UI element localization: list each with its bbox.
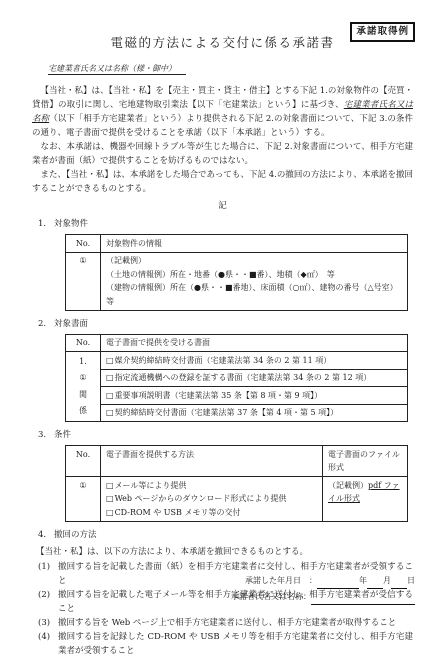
addressee-name-field: 宅建業者氏名又は名称（様・御中） xyxy=(48,64,186,75)
checkbox-icon[interactable]: □ xyxy=(106,494,114,503)
col-header-property-info: 対象物件の情報 xyxy=(101,235,408,253)
document-option-cell: □指定流通機構への登録を証する書面（宅建業法第 34 条の 2 第 12 項） xyxy=(101,369,408,387)
addressee-line: 宅建業者氏名又は名称（様・御中） xyxy=(48,62,413,76)
checkbox-icon[interactable]: □ xyxy=(106,391,114,400)
col-header-no: No. xyxy=(66,446,101,477)
section2-heading: 2.対象書面 xyxy=(38,317,413,331)
intro-paragraph-2: なお、本承諾は、機器や回線トラブル等が生じた場合に、下記 2.対象書面について、… xyxy=(32,140,413,168)
table-header-row: No. 電子書面を提供する方法 電子書面のファイル形式 xyxy=(66,446,408,477)
group-label-cell: 1. ① 関 係 xyxy=(66,352,101,422)
document-option-cell: □契約締結時交付書面（宅建業法第 37 条【第 4 項・第 5 項】） xyxy=(101,404,408,422)
property-info-cell: （記載例） （土地の情報例）所在・地番（●県・・■番）、地積（◆㎡） 等 （建物… xyxy=(101,252,408,310)
target-property-table: No. 対象物件の情報 ① （記載例） （土地の情報例）所在・地番（●県・・■番… xyxy=(65,234,408,311)
col-header-file-format: 電子書面のファイル形式 xyxy=(323,446,408,477)
consent-date-line: 承諾した年月日 ：年月日 xyxy=(231,573,415,589)
checkbox-icon[interactable]: □ xyxy=(106,373,114,382)
table-header-row: No. 対象物件の情報 xyxy=(66,235,408,253)
checkbox-icon[interactable]: □ xyxy=(106,508,114,517)
table-row: 1. ① 関 係 □媒介契約締結時交付書面（宅建業法第 34 条の 2 第 11… xyxy=(66,352,408,370)
table-row: □契約締結時交付書面（宅建業法第 37 条【第 4 項・第 5 項】） xyxy=(66,404,408,422)
withdrawal-item: (4) 撤回する旨を記録した CD-ROM や USB メモリ等を相手方宅建業者… xyxy=(38,630,413,658)
checkbox-icon[interactable]: □ xyxy=(106,356,114,365)
table-header-row: No. 電子書面で提供を受ける書面 xyxy=(66,334,408,352)
intro-paragraph-1: 【当社・私】は、【当社・私】を【売主・買主・貸主・借主】とする下記 1.の対象物… xyxy=(32,84,413,140)
section4-heading: 4.撤回の方法 xyxy=(38,528,413,542)
col-header-method: 電子書面を提供する方法 xyxy=(101,446,323,477)
year-blank-field[interactable] xyxy=(317,579,359,589)
example-badge: 承諾取得例 xyxy=(350,22,415,42)
col-header-no: No. xyxy=(66,334,101,352)
section3-heading: 3.条件 xyxy=(38,428,413,442)
conditions-table: No. 電子書面を提供する方法 電子書面のファイル形式 ① □メール等により提供… xyxy=(65,445,408,522)
table-row: ① □メール等により提供 □Web ページからのダウンロード形式により提供 □C… xyxy=(66,477,408,522)
row-number: ① xyxy=(66,252,101,310)
section1-heading: 1.対象物件 xyxy=(38,217,413,231)
file-format-cell: （記載例）pdf ファイル形式 xyxy=(323,477,408,522)
row-number: ① xyxy=(66,477,101,522)
consent-document-page: 承諾取得例 電磁的方法による交付に係る承諾書 宅建業者氏名又は名称（様・御中） … xyxy=(0,0,441,621)
document-option-cell: □媒介契約締結時交付書面（宅建業法第 34 条の 2 第 11 項） xyxy=(101,352,408,370)
checkbox-icon[interactable]: □ xyxy=(106,481,114,490)
month-blank-field[interactable] xyxy=(367,579,383,589)
method-options-cell: □メール等により提供 □Web ページからのダウンロード形式により提供 □CD-… xyxy=(101,477,323,522)
ki-label: 記 xyxy=(32,199,413,213)
document-option-cell: □重要事項説明書（宅建業法第 35 条【第 8 項・第 9 項】） xyxy=(101,387,408,405)
intro-paragraph-3: また、【当社・私】は、本承諾をした場合であっても、下記 4.の撤回の方法により、… xyxy=(32,168,413,196)
signature-block: 承諾した年月日 ：年月日 承諾者氏名又は名称： xyxy=(231,573,415,605)
intro-paragraphs: 【当社・私】は、【当社・私】を【売主・買主・貸主・借主】とする下記 1.の対象物… xyxy=(32,84,413,196)
table-row: ① （記載例） （土地の情報例）所在・地番（●県・・■番）、地積（◆㎡） 等 （… xyxy=(66,252,408,310)
checkbox-icon[interactable]: □ xyxy=(106,408,114,417)
withdrawal-intro: 【当社・私】は、以下の方法により、本承諾を撤回できるものとする。 xyxy=(36,545,413,559)
withdrawal-item: (3) 撤回する旨を Web ページ上で相手方宅建業者に送付し、相手方宅建業者が… xyxy=(38,616,413,630)
table-row: □重要事項説明書（宅建業法第 35 条【第 8 項・第 9 項】） xyxy=(66,387,408,405)
name-blank-field[interactable] xyxy=(311,595,415,605)
day-blank-field[interactable] xyxy=(391,579,407,589)
col-header-documents: 電子書面で提供を受ける書面 xyxy=(101,334,408,352)
col-header-no: No. xyxy=(66,235,101,253)
target-documents-table: No. 電子書面で提供を受ける書面 1. ① 関 係 □媒介契約締結時交付書面（… xyxy=(65,334,408,423)
table-row: □指定流通機構への登録を証する書面（宅建業法第 34 条の 2 第 12 項） xyxy=(66,369,408,387)
consenter-name-line: 承諾者氏名又は名称： xyxy=(231,589,415,605)
